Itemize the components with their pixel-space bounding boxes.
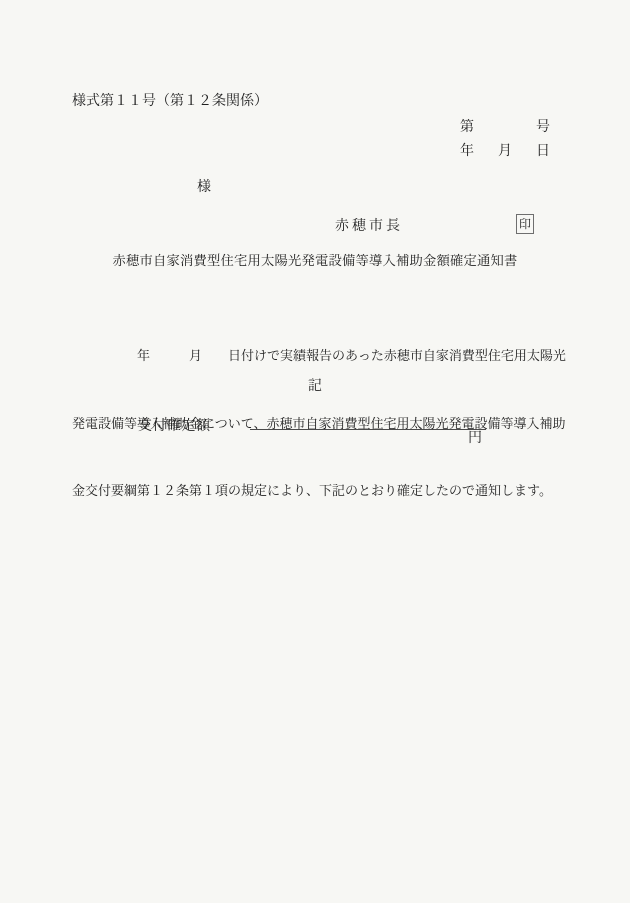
form-number-label: 様式第１１号（第１２条関係）: [72, 90, 268, 110]
document-number-prefix: 第: [460, 116, 474, 136]
seal-placeholder: 印: [516, 214, 534, 234]
body-line: 年 月 日付けで実績報告のあった赤穂市自家消費型住宅用太陽光: [72, 345, 570, 368]
date-month-label: 月: [498, 140, 512, 160]
document-page: 様式第１１号（第１２条関係） 第 号 年 月 日 様 赤穂市長 印 赤穂市自家消…: [0, 0, 630, 903]
amount-unit-label: 円: [468, 431, 482, 446]
date-year-label: 年: [460, 140, 474, 160]
document-number-suffix: 号: [536, 116, 550, 136]
date-day-label: 日: [536, 140, 550, 160]
body-line: 金交付要綱第１２条第１項の規定により、下記のとおり確定したので通知します。: [72, 480, 570, 503]
record-marker: 記: [0, 375, 630, 395]
amount-blank-field: 円: [250, 411, 486, 430]
amount-label: 交付確定額: [138, 415, 211, 435]
document-title: 赤穂市自家消費型住宅用太陽光発電設備等導入補助金額確定通知書: [0, 250, 630, 269]
addressee-honorific: 様: [197, 176, 211, 196]
sender-title: 赤穂市長: [335, 215, 403, 235]
